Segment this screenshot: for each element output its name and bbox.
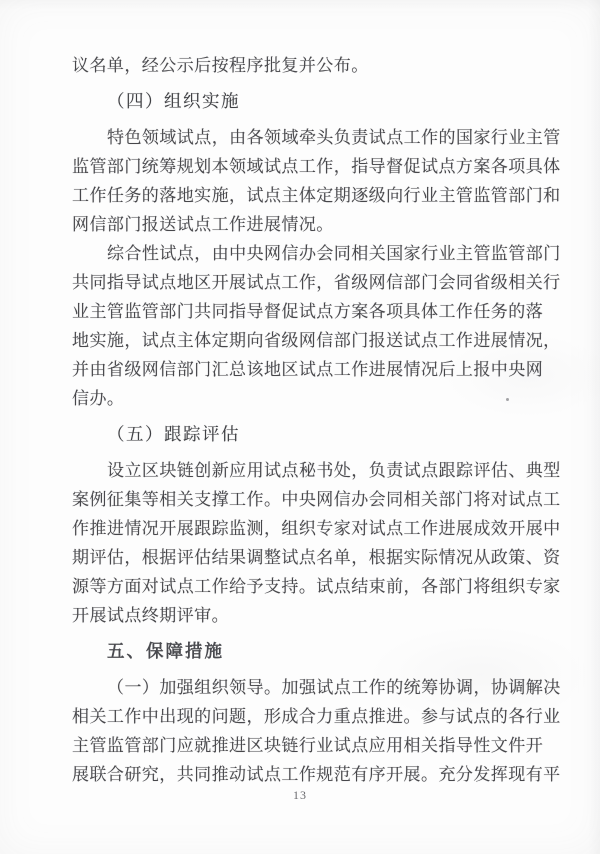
text-line: 工作任务的落地实施，试点主体定期逐级向行业主管监管部门和 <box>72 181 559 210</box>
text-line: 地实施，试点主体定期向省级网信部门报送试点工作进展情况， <box>72 326 559 355</box>
text-line: 期评估，根据评估结果调整试点名单，根据实际情况从政策、资 <box>72 543 559 572</box>
text-line: （一）加强组织领导。加强试点工作的统筹协调，协调解决 <box>72 673 559 702</box>
text-line: 主管监管部门应就推进区块链行业试点应用相关指导性文件开 <box>72 731 559 760</box>
text-line: 网信部门报送试点工作进展情况。 <box>72 210 559 239</box>
text-line: 综合性试点，由中央网信办会同相关国家行业主管监管部门 <box>72 239 559 268</box>
text-line: 并由省级网信部门汇总该地区试点工作进展情况后上报中央网 <box>72 355 559 384</box>
subsection-heading-5: （五）跟踪评估 <box>72 420 559 449</box>
text-line: 共同指导试点地区开展试点工作，省级网信部门会同省级相关行 <box>72 268 559 297</box>
text-line: 业主管监管部门共同指导督促试点方案各项具体工作任务的落 <box>72 297 559 326</box>
document-page: 议名单，经公示后按程序批复并公布。 （四）组织实施 特色领域试点，由各领域牵头负… <box>0 0 600 854</box>
text-line: 特色领域试点，由各领域牵头负责试点工作的国家行业主管 <box>72 123 559 152</box>
text-line: 信办。 <box>72 384 559 413</box>
text-line: 作推进情况开展跟踪监测，组织专家对试点工作进展成效开展中 <box>72 514 559 543</box>
page-number: 13 <box>0 788 600 803</box>
scan-speckle <box>506 398 509 401</box>
section-heading-5: 五、保障措施 <box>72 637 559 666</box>
text-line: 展联合研究，共同推动试点工作规范有序开展。充分发挥现有平 <box>72 760 559 789</box>
text-line: 设立区块链创新应用试点秘书处，负责试点跟踪评估、典型 <box>72 456 559 485</box>
text-line: 案例征集等相关支撑工作。中央网信办会同相关部门将对试点工 <box>72 485 559 514</box>
subsection-heading-4: （四）组织实施 <box>72 87 559 116</box>
text-line: 开展试点终期评审。 <box>72 601 559 630</box>
text-line: 议名单，经公示后按程序批复并公布。 <box>72 51 559 80</box>
text-line: 相关工作中出现的问题，形成合力重点推进。参与试点的各行业 <box>72 702 559 731</box>
text-line: 监管部门统筹规划本领域试点工作，指导督促试点方案各项具体 <box>72 152 559 181</box>
text-line: 源等方面对试点工作给予支持。试点结束前，各部门将组织专家 <box>72 572 559 601</box>
text-column: 议名单，经公示后按程序批复并公布。 （四）组织实施 特色领域试点，由各领域牵头负… <box>72 51 559 789</box>
